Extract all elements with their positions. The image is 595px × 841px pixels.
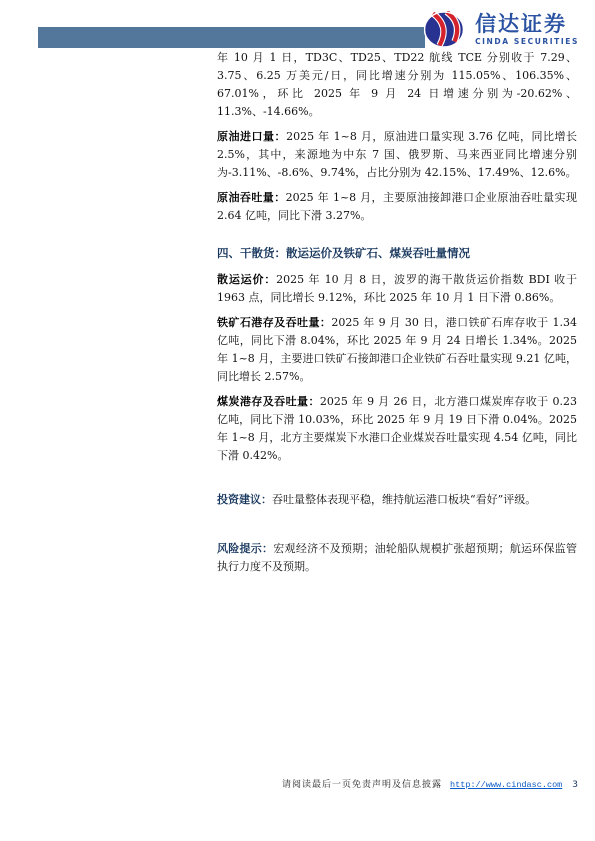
- footer-url-link[interactable]: http://www.cindasc.com: [450, 780, 562, 790]
- paragraph-coal: 煤炭港存及吞吐量：2025 年 9 月 26 日，北方港口煤炭库存收于 0.23…: [217, 393, 577, 465]
- paragraph-label: 煤炭港存及吞吐量：: [217, 395, 320, 408]
- report-page: 信达证券 CINDA SECURITIES 年 10 月 1 日，TD3C、TD…: [0, 0, 595, 841]
- paragraph-label: 散运运价：: [217, 273, 276, 286]
- paragraph-investment-advice: 投资建议：吞吐量整体表现平稳，维持航运港口板块“看好”评级。: [217, 491, 577, 509]
- paragraph-text: 吞吐量整体表现平稳，维持航运港口板块“看好”评级。: [272, 493, 536, 506]
- paragraph-label: 原油进口量：: [217, 130, 286, 143]
- page-number: 3: [572, 780, 578, 790]
- cinda-logo: 信达证券 CINDA SECURITIES: [424, 11, 579, 48]
- paragraph-crude-throughput: 原油吞吐量：2025 年 1~8 月，主要原油接卸港口企业原油吞吐量实现 2.6…: [217, 189, 577, 225]
- paragraph-crude-imports: 原油进口量：2025 年 1~8 月，原油进口量实现 3.76 亿吨，同比增长 …: [217, 128, 577, 182]
- logo-cn-text: 信达证券: [475, 14, 579, 35]
- logo-en-text: CINDA SECURITIES: [475, 38, 579, 46]
- paragraph-iron-ore: 铁矿石港存及吞吐量：2025 年 9 月 30 日，港口铁矿石库存收于 1.34…: [217, 314, 577, 386]
- paragraph-label: 投资建议：: [217, 493, 272, 506]
- section-heading-dry-bulk: 四、干散货：散运运价及铁矿石、煤炭吞吐量情况: [217, 245, 577, 261]
- paragraph-bdi: 散运运价：2025 年 10 月 8 日，波罗的海干散货运价指数 BDI 收于 …: [217, 271, 577, 307]
- paragraph-label: 铁矿石港存及吞吐量：: [217, 316, 331, 329]
- paragraph-text: 年 10 月 1 日，TD3C、TD25、TD22 航线 TCE 分别收于 7.…: [217, 51, 577, 118]
- paragraph-tce: 年 10 月 1 日，TD3C、TD25、TD22 航线 TCE 分别收于 7.…: [217, 49, 577, 121]
- footer-disclaimer: 请阅读最后一页免责声明及信息披露: [282, 777, 442, 790]
- paragraph-label: 原油吞吐量：: [217, 191, 286, 204]
- globe-swoosh-icon: [424, 11, 466, 48]
- header-bar: [38, 27, 425, 48]
- paragraph-label: 风险提示：: [217, 542, 273, 555]
- logo-wordmark: 信达证券 CINDA SECURITIES: [475, 14, 579, 46]
- page-footer: 请阅读最后一页免责声明及信息披露 http://www.cindasc.com …: [282, 777, 578, 790]
- paragraph-risk-warning: 风险提示：宏观经济不及预期；油轮船队规模扩张超预期；航运环保监管执行力度不及预期…: [217, 540, 577, 576]
- report-body: 年 10 月 1 日，TD3C、TD25、TD22 航线 TCE 分别收于 7.…: [217, 49, 577, 583]
